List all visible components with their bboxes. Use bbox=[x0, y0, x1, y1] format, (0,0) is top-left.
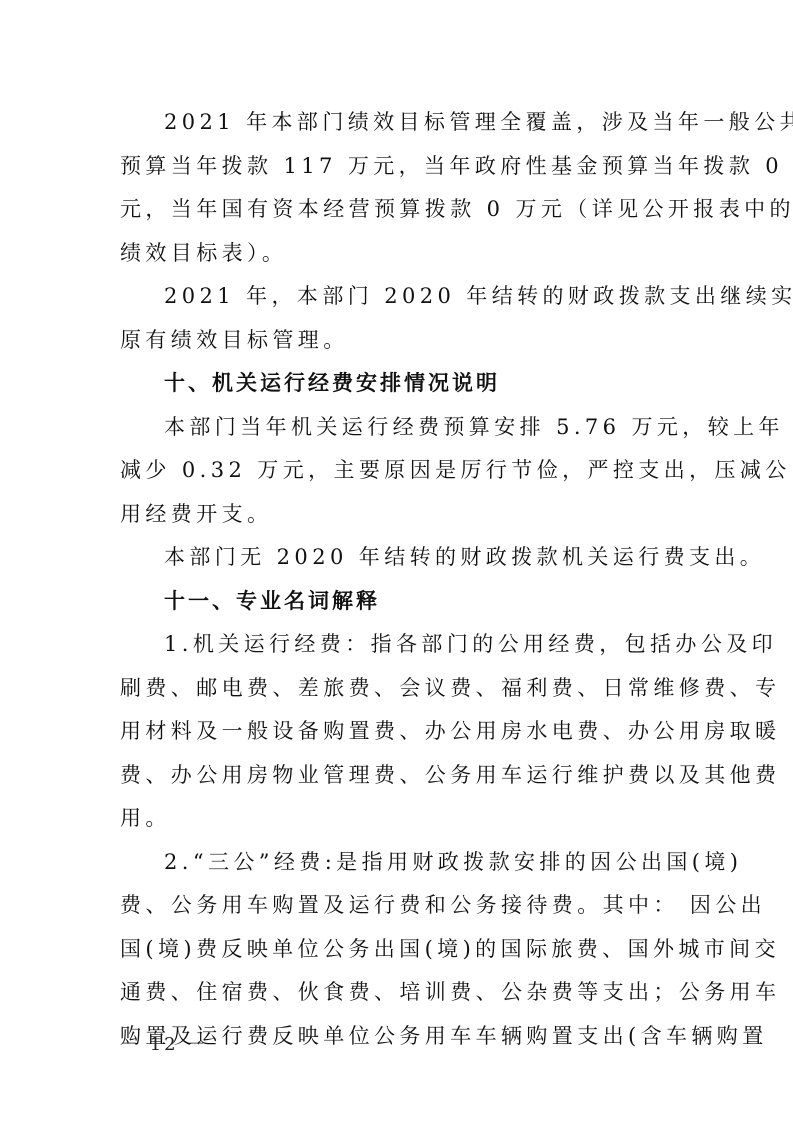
text-line: 2021 年，本部门 2020 年结转的财政拨款支出继续实施 bbox=[120, 275, 672, 319]
text-line: 2.“三公”经费:是指用财政拨款安排的因公出国(境) bbox=[120, 841, 672, 885]
page-number: － 12 － bbox=[120, 1030, 208, 1056]
heading-text: 十、机关运行经费安排情况说明 bbox=[120, 362, 672, 406]
text-line: 1.机关运行经费：指各部门的公用经费，包括办公及印 bbox=[120, 623, 672, 667]
section-heading-operating-expenses: 十、机关运行经费安排情况说明 bbox=[120, 362, 672, 406]
text-line: 国(境)费反映单位公务出国(境)的国际旅费、国外城市间交 bbox=[120, 928, 672, 972]
paragraph-carryover-targets: 2021 年，本部门 2020 年结转的财政拨款支出继续实施 原有绩效目标管理。 bbox=[120, 275, 672, 362]
text-line: 本部门无 2020 年结转的财政拨款机关运行费支出。 bbox=[120, 536, 672, 580]
paragraph-definition-operating-expenses: 1.机关运行经费：指各部门的公用经费，包括办公及印 刷费、邮电费、差旅费、会议费… bbox=[120, 623, 672, 841]
text-line: 用材料及一般设备购置费、办公用房水电费、办公用房取暖 bbox=[120, 710, 672, 754]
text-line: 减少 0.32 万元，主要原因是厉行节俭，严控支出，压减公 bbox=[120, 449, 672, 493]
paragraph-no-carryover: 本部门无 2020 年结转的财政拨款机关运行费支出。 bbox=[120, 536, 672, 580]
paragraph-definition-three-public: 2.“三公”经费:是指用财政拨款安排的因公出国(境) 费、公务用车购置及运行费和… bbox=[120, 841, 672, 1059]
paragraph-performance-targets: 2021 年本部门绩效目标管理全覆盖，涉及当年一般公共 预算当年拨款 117 万… bbox=[120, 101, 672, 275]
text-line: 原有绩效目标管理。 bbox=[120, 319, 672, 363]
text-line: 本部门当年机关运行经费预算安排 5.76 万元，较上年 bbox=[120, 406, 672, 450]
text-line: 用。 bbox=[120, 797, 672, 841]
document-page: 2021 年本部门绩效目标管理全覆盖，涉及当年一般公共 预算当年拨款 117 万… bbox=[120, 101, 672, 1058]
text-line: 绩效目标表）。 bbox=[120, 232, 672, 276]
section-heading-glossary: 十一、专业名词解释 bbox=[120, 580, 672, 624]
paragraph-operating-budget: 本部门当年机关运行经费预算安排 5.76 万元，较上年 减少 0.32 万元，主… bbox=[120, 406, 672, 537]
text-line: 刷费、邮电费、差旅费、会议费、福利费、日常维修费、专 bbox=[120, 667, 672, 711]
text-line: 费、办公用房物业管理费、公务用车运行维护费以及其他费 bbox=[120, 754, 672, 798]
heading-text: 十一、专业名词解释 bbox=[120, 580, 672, 624]
text-line: 通费、住宿费、伙食费、培训费、公杂费等支出；公务用车 bbox=[120, 971, 672, 1015]
text-line: 预算当年拨款 117 万元，当年政府性基金预算当年拨款 0 万 bbox=[120, 145, 672, 189]
text-line: 元，当年国有资本经营预算拨款 0 万元（详见公开报表中的 bbox=[120, 188, 672, 232]
text-line: 费、公务用车购置及运行费和公务接待费。其中： 因公出 bbox=[120, 884, 672, 928]
text-line: 用经费开支。 bbox=[120, 493, 672, 537]
text-line: 2021 年本部门绩效目标管理全覆盖，涉及当年一般公共 bbox=[120, 101, 672, 145]
